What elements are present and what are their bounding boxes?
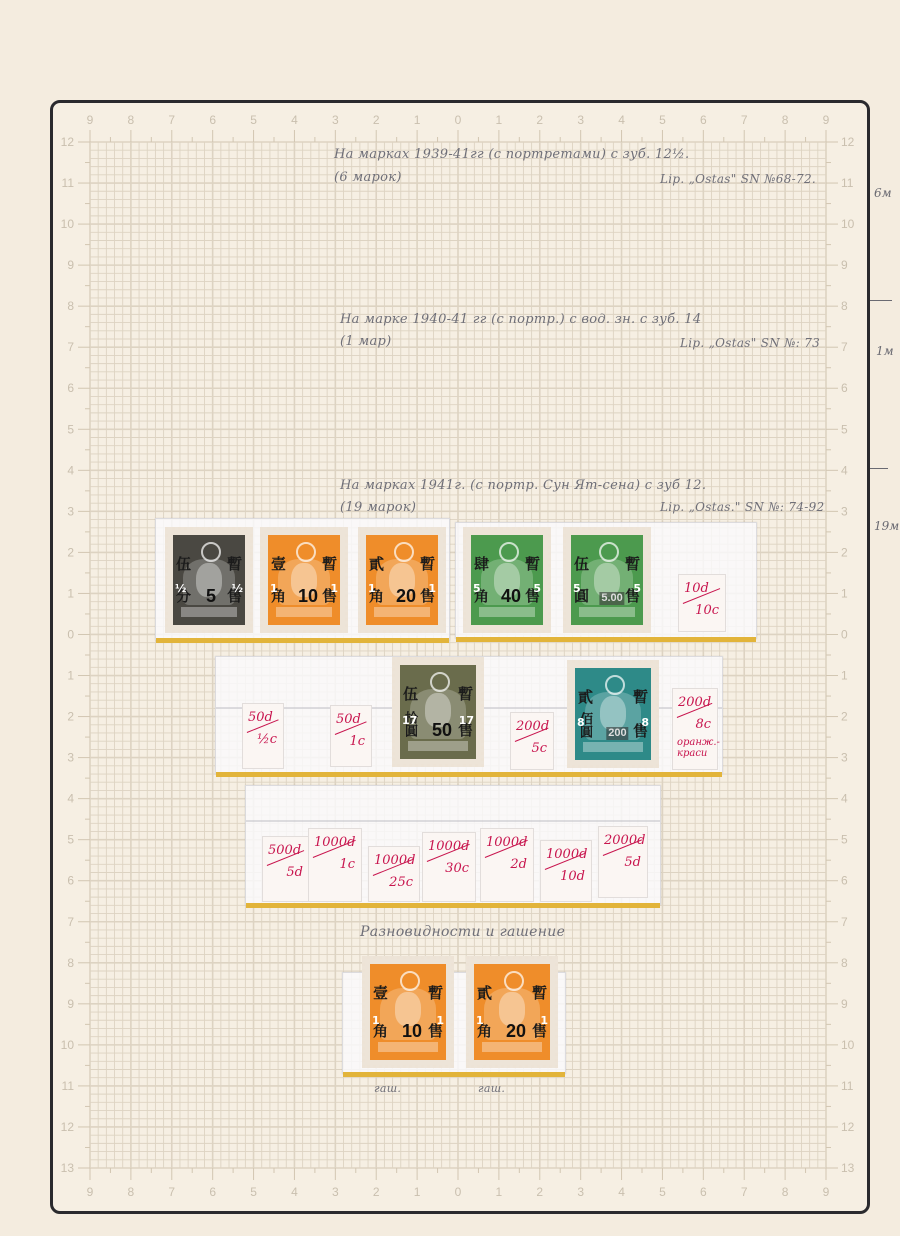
denomination-side: 1 [330, 582, 338, 595]
svg-text:1: 1 [496, 113, 503, 127]
card-value-bottom: 1c [339, 857, 355, 872]
svg-text:8: 8 [841, 299, 848, 313]
sun-emblem-icon [599, 542, 619, 562]
variety-stamp-1: 壹暫角售1110 [362, 956, 454, 1068]
margin-tick [870, 300, 892, 301]
svg-text:4: 4 [618, 1185, 625, 1199]
svg-text:3: 3 [332, 1185, 339, 1199]
svg-text:7: 7 [67, 340, 74, 354]
denomination-side: 1 [368, 582, 376, 595]
svg-text:9: 9 [823, 1185, 830, 1199]
overprint-character: 暫 [625, 557, 640, 572]
overprint-value: 5 [206, 587, 216, 605]
svg-text:5: 5 [250, 1185, 257, 1199]
sun-emblem-icon [504, 971, 524, 991]
overprint-value: 5.00 [599, 592, 624, 605]
card-value-bottom: 1c [349, 734, 365, 749]
card-value-bottom: 8c [695, 717, 711, 732]
svg-text:5: 5 [67, 422, 74, 436]
sun-emblem-icon [400, 971, 420, 991]
svg-text:2: 2 [67, 710, 74, 724]
svg-text:3: 3 [67, 504, 74, 518]
portrait [600, 696, 626, 730]
overprint-value: 10 [298, 587, 318, 605]
svg-text:4: 4 [67, 792, 74, 806]
variety-stamp-2: 貳暫角售1120 [466, 956, 558, 1068]
svg-text:9: 9 [841, 258, 848, 272]
card-value-bottom: 10d [560, 869, 585, 884]
overprint-character: 暫 [458, 687, 473, 702]
svg-text:4: 4 [67, 463, 74, 477]
value-card-row3-5: 1000d2d [480, 828, 534, 902]
card-value-bottom: 10c [695, 603, 719, 618]
margin-note-3: 19м [874, 519, 899, 533]
svg-text:7: 7 [841, 340, 848, 354]
card-value-bottom: 5d [624, 855, 641, 870]
card-value-top: 200d [516, 719, 549, 734]
svg-text:2: 2 [373, 1185, 380, 1199]
svg-text:2: 2 [373, 113, 380, 127]
denomination-side: ½ [232, 582, 243, 595]
svg-text:9: 9 [823, 113, 830, 127]
sun-emblem-icon [430, 672, 450, 692]
stamp-design: 貳暫佰圓售88200 [575, 668, 651, 760]
denomination-side: 5 [633, 582, 641, 595]
svg-text:12: 12 [841, 1120, 855, 1134]
svg-text:6: 6 [209, 1185, 216, 1199]
denomination-side: 17 [459, 714, 474, 727]
value-card-row3-1: 500d5d [262, 836, 310, 902]
stamp-design: 伍暫拾圓售171750 [400, 665, 476, 759]
value-card-row2-4: 200d8cоранж.-краси [672, 688, 718, 770]
margin-note-2: 1м [876, 344, 894, 358]
svg-text:4: 4 [291, 1185, 298, 1199]
svg-text:0: 0 [841, 627, 848, 641]
svg-text:9: 9 [87, 1185, 94, 1199]
denomination-side: 5 [573, 582, 581, 595]
sun-emblem-icon [296, 542, 316, 562]
svg-text:11: 11 [841, 1079, 854, 1093]
variety-caption: гаш. [478, 1082, 505, 1095]
card-value-bottom: 25c [389, 875, 413, 890]
svg-text:4: 4 [841, 463, 848, 477]
overprint-value: 20 [506, 1022, 526, 1040]
svg-text:8: 8 [782, 1185, 789, 1199]
value-card-row3-4: 1000d30c [422, 832, 476, 902]
value-card-row2-1: 50d½c [242, 703, 284, 769]
card-value-bottom: 2d [510, 857, 527, 872]
svg-text:5: 5 [841, 422, 848, 436]
section-2-catalog-ref: Lip. „Ostas" SN №: 73 [680, 336, 820, 350]
stamp-row1-2: 壹暫角售1110 [260, 527, 348, 633]
svg-text:10: 10 [61, 1038, 75, 1052]
svg-text:1: 1 [67, 586, 74, 600]
value-card-row2-2: 50d1c [330, 705, 372, 767]
svg-text:3: 3 [577, 1185, 584, 1199]
denomination-side: 1 [476, 1014, 484, 1027]
svg-text:1: 1 [414, 113, 421, 127]
overprint-value: 20 [396, 587, 416, 605]
overprint-value: 10 [402, 1022, 422, 1040]
denomination-side: ½ [175, 582, 186, 595]
overprint-character: 暫 [532, 986, 547, 1001]
svg-text:10: 10 [61, 217, 75, 231]
svg-text:8: 8 [841, 956, 848, 970]
section-1-count: (6 марок) [334, 170, 402, 185]
svg-text:11: 11 [62, 176, 75, 190]
svg-text:1: 1 [414, 1185, 421, 1199]
denomination-side: 5 [473, 582, 481, 595]
svg-text:2: 2 [841, 545, 848, 559]
svg-text:11: 11 [62, 1079, 75, 1093]
stamp-row2-1: 伍暫拾圓售171750 [392, 657, 484, 767]
svg-text:7: 7 [67, 915, 74, 929]
svg-text:7: 7 [741, 1185, 748, 1199]
value-card-row3-3: 1000d25c [368, 846, 420, 902]
svg-text:0: 0 [455, 1185, 462, 1199]
svg-text:8: 8 [67, 956, 74, 970]
sun-emblem-icon [499, 542, 519, 562]
card-value-bottom: 30c [445, 861, 469, 876]
denomination-side: 1 [540, 1014, 548, 1027]
svg-text:6: 6 [67, 874, 74, 888]
overprint-character: 貳 [369, 557, 384, 572]
sun-emblem-icon [394, 542, 414, 562]
denomination-side: 8 [641, 716, 649, 729]
section-1-catalog-ref: Lip. „Ostas" SN №68-72. [660, 172, 816, 186]
section-3-catalog-ref: Lip. „Ostas." SN №: 74-92 [660, 500, 824, 514]
svg-text:0: 0 [455, 113, 462, 127]
svg-text:1: 1 [67, 669, 74, 683]
value-card-row3-7: 2000d5d [598, 826, 648, 898]
svg-text:13: 13 [61, 1161, 75, 1175]
svg-text:2: 2 [536, 113, 543, 127]
denomination-side: 1 [270, 582, 278, 595]
card-value-top: 500d [268, 843, 301, 858]
svg-text:6: 6 [67, 381, 74, 395]
overprint-value: 40 [501, 587, 521, 605]
svg-text:6: 6 [700, 1185, 707, 1199]
overprint-value: 200 [606, 727, 628, 740]
overprint-character: 貳 [578, 690, 593, 705]
overprint-character: 伍 [574, 557, 589, 572]
sun-emblem-icon [605, 675, 625, 695]
section-2-heading: На марке 1940-41 гг (с портр.) с вод. зн… [340, 312, 701, 327]
denomination-side: 17 [402, 714, 417, 727]
stamp-row2-2: 貳暫佰圓售88200 [567, 660, 659, 768]
card-value-top: 200d [678, 695, 711, 710]
svg-text:1: 1 [841, 586, 848, 600]
svg-text:7: 7 [168, 113, 175, 127]
value-card-row3-2: 1000d1c [308, 828, 362, 902]
svg-text:2: 2 [841, 710, 848, 724]
overprint-character: 貳 [477, 986, 492, 1001]
overprint-character: 肆 [474, 557, 489, 572]
overprint-character: 暫 [420, 557, 435, 572]
card-value-bottom: 5c [531, 741, 547, 756]
section-3-heading: На марках 1941г. (с портр. Сун Ят-сена) … [340, 478, 706, 493]
svg-text:0: 0 [67, 627, 74, 641]
overprint-character: 伍 [176, 557, 191, 572]
sun-emblem-icon [201, 542, 221, 562]
value-card-row2-3: 200d5c [510, 712, 554, 770]
stamp-row1-3: 貳暫角售1120 [358, 527, 446, 633]
overprint-character: 壹 [271, 557, 286, 572]
stamp-row1-4: 肆暫角售5540 [463, 527, 551, 633]
svg-text:5: 5 [659, 113, 666, 127]
svg-text:11: 11 [841, 176, 854, 190]
overprint-character: 暫 [322, 557, 337, 572]
svg-text:8: 8 [128, 113, 135, 127]
margin-tick [870, 468, 888, 469]
svg-text:3: 3 [841, 504, 848, 518]
section-1-heading: На марках 1939-41гг (с портретами) с зуб… [334, 147, 689, 162]
svg-text:9: 9 [67, 997, 74, 1011]
svg-text:6: 6 [841, 874, 848, 888]
svg-text:6: 6 [209, 113, 216, 127]
svg-text:9: 9 [67, 258, 74, 272]
varieties-heading: Разновидности и гашение [360, 924, 565, 940]
svg-text:3: 3 [67, 751, 74, 765]
variety-caption: гаш. [374, 1082, 401, 1095]
svg-text:2: 2 [67, 545, 74, 559]
svg-text:3: 3 [841, 751, 848, 765]
svg-text:13: 13 [841, 1161, 855, 1175]
svg-text:5: 5 [659, 1185, 666, 1199]
section-3-count: (19 марок) [340, 500, 416, 515]
svg-text:4: 4 [291, 113, 298, 127]
svg-text:1: 1 [841, 669, 848, 683]
stamp-design: 壹暫角售1110 [268, 535, 340, 625]
value-card-row3-6: 1000d10d [540, 840, 592, 902]
stamp-design: 壹暫角售1110 [370, 964, 446, 1060]
svg-text:6: 6 [700, 113, 707, 127]
svg-text:8: 8 [782, 113, 789, 127]
stamp-design: 伍暫分售½½5 [173, 535, 245, 625]
svg-text:7: 7 [841, 915, 848, 929]
svg-text:5: 5 [67, 833, 74, 847]
svg-text:12: 12 [841, 135, 855, 149]
svg-text:7: 7 [741, 113, 748, 127]
svg-text:7: 7 [168, 1185, 175, 1199]
denomination-side: 1 [428, 582, 436, 595]
svg-text:4: 4 [841, 792, 848, 806]
svg-text:3: 3 [332, 113, 339, 127]
svg-text:9: 9 [841, 997, 848, 1011]
overprint-character: 暫 [633, 690, 648, 705]
stamp-design: 貳暫角售1120 [366, 535, 438, 625]
svg-text:5: 5 [250, 113, 257, 127]
svg-text:6: 6 [841, 381, 848, 395]
stamp-design: 伍暫圓售555.00 [571, 535, 643, 625]
overprint-character: 暫 [428, 986, 443, 1001]
stamp-row1-1: 伍暫分售½½5 [165, 527, 253, 633]
svg-text:10: 10 [841, 217, 855, 231]
value-card-row1-1: 10d10c [678, 574, 726, 632]
svg-text:5: 5 [841, 833, 848, 847]
stamp-design: 貳暫角售1120 [474, 964, 550, 1060]
overprint-character: 伍 [403, 687, 418, 702]
svg-text:3: 3 [577, 113, 584, 127]
svg-text:10: 10 [841, 1038, 855, 1052]
denomination-side: 1 [436, 1014, 444, 1027]
overprint-character: 暫 [227, 557, 242, 572]
svg-text:4: 4 [618, 113, 625, 127]
overprint-value: 50 [432, 721, 452, 739]
denomination-side: 1 [372, 1014, 380, 1027]
denomination-side: 8 [577, 716, 585, 729]
svg-text:1: 1 [496, 1185, 503, 1199]
svg-text:8: 8 [128, 1185, 135, 1199]
section-2-count: (1 мар) [340, 334, 392, 349]
svg-text:9: 9 [87, 113, 94, 127]
svg-text:8: 8 [67, 299, 74, 313]
overprint-character: 壹 [373, 986, 388, 1001]
denomination-side: 5 [533, 582, 541, 595]
svg-text:12: 12 [61, 1120, 75, 1134]
card-value-bottom: 5d [286, 865, 303, 880]
margin-note-1: 6м [874, 186, 892, 200]
svg-text:2: 2 [536, 1185, 543, 1199]
svg-text:12: 12 [61, 135, 75, 149]
card-value-bottom: ½c [257, 732, 277, 747]
overprint-character: 暫 [525, 557, 540, 572]
stamp-design: 肆暫角售5540 [471, 535, 543, 625]
color-note: оранж.-краси [677, 737, 715, 759]
stamp-row1-5: 伍暫圓售555.00 [563, 527, 651, 633]
